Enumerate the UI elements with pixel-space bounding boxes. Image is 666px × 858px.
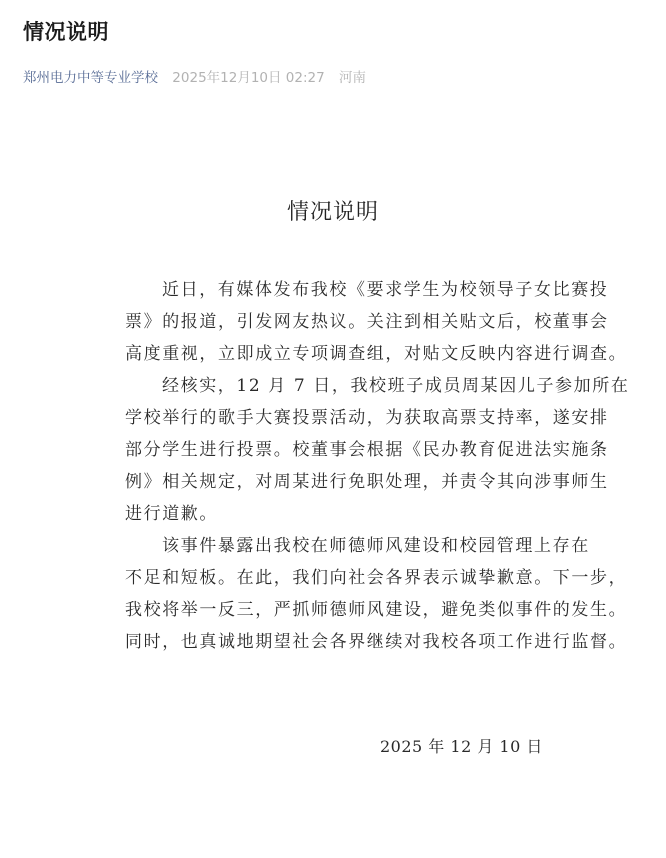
paragraph-line: 学校举行的歌手大赛投票活动，为获取高票支持率，遂安排 bbox=[125, 402, 641, 434]
paragraph-1: 近日，有媒体发布我校《要求学生为校领导子女比赛投 票》的报道，引发网友热议。关注… bbox=[125, 274, 641, 370]
paragraph-3: 该事件暴露出我校在师德师风建设和校园管理上存在 不足和短板。在此，我们向社会各界… bbox=[125, 530, 641, 658]
paragraph-line: 近日，有媒体发布我校《要求学生为校领导子女比赛投 bbox=[125, 274, 641, 306]
paragraph-line: 部分学生进行投票。校董事会根据《民办教育促进法实施条 bbox=[125, 434, 641, 466]
paragraph-line: 票》的报道，引发网友热议。关注到相关贴文后，校董事会 bbox=[125, 306, 641, 338]
paragraph-2: 经核实，12 月 7 日，我校班子成员周某因儿子参加所在 学校举行的歌手大赛投票… bbox=[125, 370, 641, 530]
statement-document-image: 情况说明 近日，有媒体发布我校《要求学生为校领导子女比赛投 票》的报道，引发网友… bbox=[0, 0, 666, 858]
paragraph-line: 该事件暴露出我校在师德师风建设和校园管理上存在 bbox=[125, 530, 641, 562]
paragraph-line: 同时，也真诚地期望社会各界继续对我校各项工作进行监督。 bbox=[125, 626, 641, 658]
paragraph-line: 我校将举一反三，严抓师德师风建设，避免类似事件的发生。 bbox=[125, 594, 641, 626]
paragraph-line: 例》相关规定，对周某进行免职处理，并责令其向涉事师生 bbox=[125, 466, 641, 498]
paragraph-line: 高度重视，立即成立专项调查组，对贴文反映内容进行调查。 bbox=[125, 338, 641, 370]
document-body: 近日，有媒体发布我校《要求学生为校领导子女比赛投 票》的报道，引发网友热议。关注… bbox=[125, 274, 641, 658]
document-date: 2025 年 12 月 10 日 bbox=[380, 734, 543, 760]
document-title: 情况说明 bbox=[0, 196, 666, 230]
paragraph-line: 不足和短板。在此，我们向社会各界表示诚挚歉意。下一步， bbox=[125, 562, 641, 594]
paragraph-line: 进行道歉。 bbox=[125, 498, 641, 530]
paragraph-line: 经核实，12 月 7 日，我校班子成员周某因儿子参加所在 bbox=[125, 370, 641, 402]
